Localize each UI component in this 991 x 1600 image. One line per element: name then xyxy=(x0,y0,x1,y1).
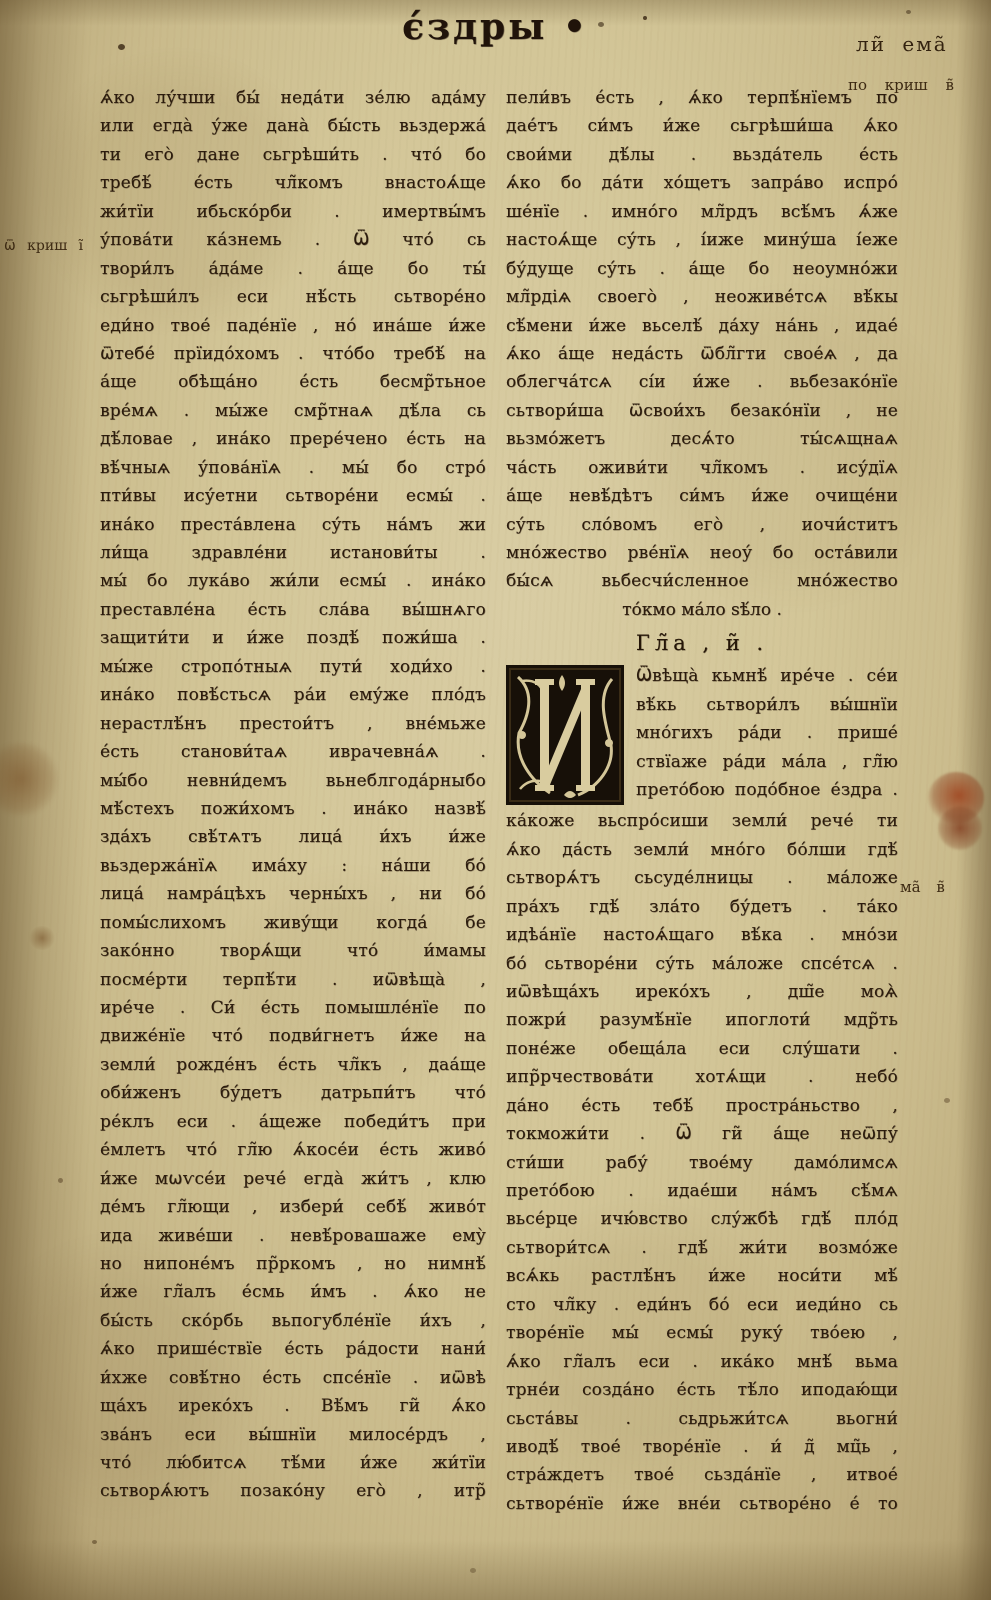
text-line: защити́ти и и́же поздѣ́ пожи́ша . xyxy=(100,624,486,652)
paragraph-end-line: то́кмо ма́ло ѕѣ́ло . xyxy=(506,596,898,624)
text-line: а́ще обѣща́но е́сть бесмр̃тьное xyxy=(100,368,486,396)
text-line: дѣ́ловае , ина́ко прере́чено е́сть на xyxy=(100,425,486,453)
text-line: что́ лю́битсѧ тѣ́ми и́же жи́тїи xyxy=(100,1449,486,1477)
text-line: пти́вы ису́етни сьтворе́ни есмы́ . xyxy=(100,482,486,510)
text-line: сьтвори́тсѧ . гдѣ́ жи́ти возмо́же xyxy=(506,1234,898,1262)
text-line: мы́бо невни́демъ вьнеблгода́рныбо xyxy=(100,767,486,795)
text-line: помы́слихомъ живу́щи когда́ бе xyxy=(100,909,486,937)
text-line: ѧ́ко прише́ствїе е́сть ра́дости нани́ xyxy=(100,1335,486,1363)
chapter-heading: Гл̃а , и̃ . xyxy=(506,626,898,660)
ink-stain xyxy=(928,772,984,824)
text-line: вѣ́кь сьтвори́лъ вы́шнїи xyxy=(636,691,898,719)
text-line: лица́ намра́цѣхъ черны́хъ , ни бо́ xyxy=(100,880,486,908)
text-line: ѧ́ко гл̃алъ еси . ика́ко мнѣ́ вьма xyxy=(506,1348,898,1376)
text-line: ида живе́ши . невѣ́ровашаже ему̀ xyxy=(100,1222,486,1250)
paper-speck xyxy=(470,1568,476,1573)
text-line: требѣ́ е́сть чл̃комъ внастоѧ́ще xyxy=(100,169,486,197)
text-line: ше́нїе . имно́го мл̃рдъ всѣ́мъ ѧ́же xyxy=(506,198,898,226)
text-line: зда́хъ свѣ́тѧтъ лица́ и́хъ и́же xyxy=(100,823,486,851)
text-line: бы́сѧ вьбесчи́сленное мно́жество xyxy=(506,567,898,595)
woodcut-initial-icon xyxy=(506,665,624,805)
text-line: вьзмо́жетъ десѧ́то ты́сѧщнаѧ xyxy=(506,425,898,453)
text-line: ипр̃рчествова́ти хотѧ́щи . небо́ xyxy=(506,1063,898,1091)
text-line: ли́ща здравле́ни истанови́ты . xyxy=(100,539,486,567)
text-line: твори́лъ а́да́ме . а́ще бо ты́ xyxy=(100,255,486,283)
paper-speck xyxy=(58,1178,63,1183)
paper-speck xyxy=(598,22,604,27)
text-line: Ѿвѣща̀ кьмнѣ́ ире́че . се́и xyxy=(636,662,898,690)
text-line: сьтвори́ша ѿсвои́хъ безако́нїи , не xyxy=(506,397,898,425)
text-line: свои́ми дѣ́лы . вьзда́тель е́сть xyxy=(506,141,898,169)
ink-stain xyxy=(938,806,982,850)
folio-mark: ли̃ ема̃ xyxy=(856,32,948,56)
text-line: сто чл̃ку . еди́нъ бо́ еси иеди́но сь xyxy=(506,1291,898,1319)
text-line: сьтворѧ́тъ сьсуде́лницы . ма́ложе xyxy=(506,864,898,892)
text-line: да́но е́сть тебѣ́ простра́ньство , xyxy=(506,1092,898,1120)
text-line: ща́хъ иреко́хъ . Вѣ́мъ ги̃ ѧ́ко xyxy=(100,1392,486,1420)
text-line: мы́же стропо́тныѧ пути́ ходи́хо . xyxy=(100,653,486,681)
paper-speck xyxy=(906,10,911,14)
text-line: ча́сть оживи́ти чл̃комъ . ису́дїѧ xyxy=(506,454,898,482)
text-line: оби́женъ бу́детъ датрьпи́тъ что́ xyxy=(100,1079,486,1107)
text-line: ѧ́ко бо да́ти хо́щетъ запра́во испро́ xyxy=(506,169,898,197)
text-line: сьгрѣши́лъ еси нѣ́сть сьтворе́но xyxy=(100,283,486,311)
text-line: земли́ рожде́нъ е́сть чл̃къ , даа́ще xyxy=(100,1051,486,1079)
text-line: облегча́тсѧ сі́и и́же . вьбезако́нїе xyxy=(506,368,898,396)
text-line: поне́же обеща́ла еси слу́шати . xyxy=(506,1035,898,1063)
text-line: вьсе́рце ичю́вство слу́жбѣ гдѣ́ пло́д xyxy=(506,1205,898,1233)
text-line: зако́нно творѧ́щи что́ и́мамы xyxy=(100,937,486,965)
text-line: ти его̀ дане сьгрѣши́ть . что́ бо xyxy=(100,141,486,169)
column-continuation: пели́въ е́сть , ѧ́ко терпѣ́нїемъ подае́т… xyxy=(506,84,898,596)
text-column-right: пели́въ е́сть , ѧ́ко терпѣ́нїемъ подае́т… xyxy=(506,84,898,1518)
text-line: сьтворѧ́ютъ позако́ну его̀ , итр̃ xyxy=(100,1477,486,1505)
text-line: прето́бою подо́бное е́здра . xyxy=(636,776,898,804)
text-line: мы́ бо лука́во жи́ли есмы́ . ина́ко xyxy=(100,567,486,595)
margin-ref-right: ма̃ в̃ xyxy=(900,878,945,896)
text-line: иѿвѣща́хъ иреко́хъ , дш̃е моѧ̀ xyxy=(506,978,898,1006)
manuscript-page: є́здры • ли̃ ема̃ по криш в̃ ѿ криш і̃ м… xyxy=(0,0,991,1600)
text-line: ина́ко преста́влена су́ть на́мъ жи xyxy=(100,511,486,539)
text-line: прето́бою . идае́ши на́мъ сѣ́мѧ xyxy=(506,1177,898,1205)
text-line: а́ще невѣ́дѣтъ си́мъ и́же очище́ни xyxy=(506,482,898,510)
text-line: ѧ́ко а́ще неда́сть ѿбл̃гти свое́ѧ , да xyxy=(506,340,898,368)
text-line: сьтворе́нїе и́же вне́и сьтворе́но е́ то xyxy=(506,1490,898,1518)
paper-stain xyxy=(28,926,56,950)
text-line: настоѧ́ще су́ть , і́иже мину́ша і́еже xyxy=(506,226,898,254)
text-line: идѣа́нїе настоѧ́щаго вѣ́ка . мно́зи xyxy=(506,921,898,949)
text-line: посме́рти терпѣ́ти . иѿвѣща̀ , xyxy=(100,966,486,994)
text-line: сьста́вы . сьдрьжи́тсѧ вьогни́ xyxy=(506,1405,898,1433)
text-line: или егда̀ у́же дана̀ бы́сть вьздержа́ xyxy=(100,112,486,140)
text-line: бо́ сьтворе́ни су́ть ма́ложе спсе́тсѧ . xyxy=(506,950,898,978)
text-line: и́же мѡѵсе́и рече́ егда̀ жи́тъ , клю xyxy=(100,1165,486,1193)
text-line: трне́и созда́но е́сть тѣ́ло иподаю́щи xyxy=(506,1376,898,1404)
text-line: ка́коже вьспро́сиши земли́ рече́ ти xyxy=(506,807,898,835)
text-line: пожри́ разумѣ́нїе ипоглоти́ мдр̃ть xyxy=(506,1006,898,1034)
text-line: творе́нїе мы́ есмы́ руку́ тво́ею , xyxy=(506,1319,898,1347)
text-line: де́мъ гл̃ющи , избери́ себѣ́ живо́т xyxy=(100,1193,486,1221)
text-line: движе́нїе что́ подви́гнетъ и́же на xyxy=(100,1022,486,1050)
page-edge-right xyxy=(957,0,991,1600)
text-line: вѣ́чныѧ у́пова́нїѧ . мы́ бо стро́ xyxy=(100,454,486,482)
text-line: зва́нъ еси вы́шнїи милосе́рдъ , xyxy=(100,1421,486,1449)
text-line: у́пова́ти ка́знемь . Ѿ что́ сь xyxy=(100,226,486,254)
text-line: ире́че . Си́ е́сть помышле́нїе по xyxy=(100,994,486,1022)
text-line: пели́въ е́сть , ѧ́ко терпѣ́нїемъ по xyxy=(506,84,898,112)
text-line: иводѣ́ твое́ творе́нїе . и́ д̃ мц̃ь , xyxy=(506,1433,898,1461)
text-line: бы́сть ско́рбь вьпогубле́нїе и́хъ , xyxy=(100,1307,486,1335)
paper-speck xyxy=(92,1540,97,1544)
text-line: е́млетъ что́ гл̃ю ѧ́косе́и е́сть живо́ xyxy=(100,1136,486,1164)
text-line: токможи́ти . Ѿ ги̃ а́ще неѿпу́ xyxy=(506,1120,898,1148)
text-line: ина́ко повѣ́стьсѧ ра́и ему́же пло́дъ xyxy=(100,681,486,709)
text-line: преставле́на е́сть сла́ва вы́шнѧго xyxy=(100,596,486,624)
text-line: жи́тїи ибьско́рби . имертвы́мъ xyxy=(100,198,486,226)
text-line: мл̃рдіѧ своего̀ , неоживе́тсѧ вѣ́кы xyxy=(506,283,898,311)
text-line: и́хже совѣ́тно е́сть спсе́нїе . иѿвѣ xyxy=(100,1364,486,1392)
text-line: нерастлѣ́нъ престои́тъ , вне́мьже xyxy=(100,710,486,738)
text-line: мно́жество рве́нїѧ неоу́ бо оста́вили xyxy=(506,539,898,567)
text-line: но нипоне́мъ пр̃ркомъ , но нимнѣ́ xyxy=(100,1250,486,1278)
text-line: ѧ́ко лу́чши бы́ неда́ти зе́лю ада́му xyxy=(100,84,486,112)
running-title: є́здры • xyxy=(0,6,991,48)
text-line: дае́тъ си́мъ и́же сьгрѣши́ша ѧ́ко xyxy=(506,112,898,140)
text-line: пра́хъ гдѣ́ зла́то бу́детъ . та́ко xyxy=(506,893,898,921)
chapter-opening: Ѿвѣща̀ кьмнѣ́ ире́че . се́ивѣ́кь сьтвори… xyxy=(506,662,898,807)
page-edge-bottom xyxy=(0,1540,991,1600)
margin-ref-left: ѿ криш і̃ xyxy=(4,238,83,254)
paper-speck xyxy=(118,44,125,50)
text-line: и́же гл̃алъ е́смь и́мъ . ѧ́ко не xyxy=(100,1278,486,1306)
paper-speck xyxy=(944,1098,950,1103)
text-line: сѣ́мени и́же вьселѣ́ да́ху на́нь , идае́ xyxy=(506,312,898,340)
text-line: су́ть сло́вомъ его̀ , иочи́ститъ xyxy=(506,511,898,539)
text-line: мѣ́стехъ пожи́хомъ . ина́ко назвѣ́ xyxy=(100,795,486,823)
text-line: ре́клъ еси . а́щеже победи́тъ при xyxy=(100,1108,486,1136)
text-column-left: ѧ́ко лу́чши бы́ неда́ти зе́лю ада́муили … xyxy=(100,84,486,1506)
text-line: ствїаже ра́ди ма́ла , гл̃ю xyxy=(636,748,898,776)
chapter-body: ка́коже вьспро́сиши земли́ рече́ тиѧ́ко … xyxy=(506,807,898,1518)
text-line: ѿтебе́ прїидо́хомъ . что́бо требѣ́ на xyxy=(100,340,486,368)
text-line: мно́гихъ ра́ди . прише́ xyxy=(636,719,898,747)
text-line: ѧ́ко да́сть земли́ мно́го бо́лши гдѣ́ xyxy=(506,836,898,864)
paper-speck xyxy=(643,16,647,20)
text-line: вре́мѧ . мы́же смр̃тнаѧ дѣ́ла сь xyxy=(100,397,486,425)
text-line: вьздержа́нїѧ има́ху : на́ши бо́ xyxy=(100,852,486,880)
text-line: еди́но твое́ паде́нїе , но́ ина́ше и́же xyxy=(100,312,486,340)
text-line: стра́ждетъ твое́ сьзда́нїе , итвое́ xyxy=(506,1461,898,1489)
text-line: бу́дуще су́ть . а́ще бо неоумно́жи xyxy=(506,255,898,283)
paper-stain xyxy=(0,742,60,816)
text-line: сти́ши рабу́ твое́му дамо́лимсѧ xyxy=(506,1149,898,1177)
text-line: е́сть станови́таѧ иврачевна́ѧ . xyxy=(100,738,486,766)
text-line: всѧ́кь растлѣ́нъ и́же носи́ти мѣ́ xyxy=(506,1262,898,1290)
